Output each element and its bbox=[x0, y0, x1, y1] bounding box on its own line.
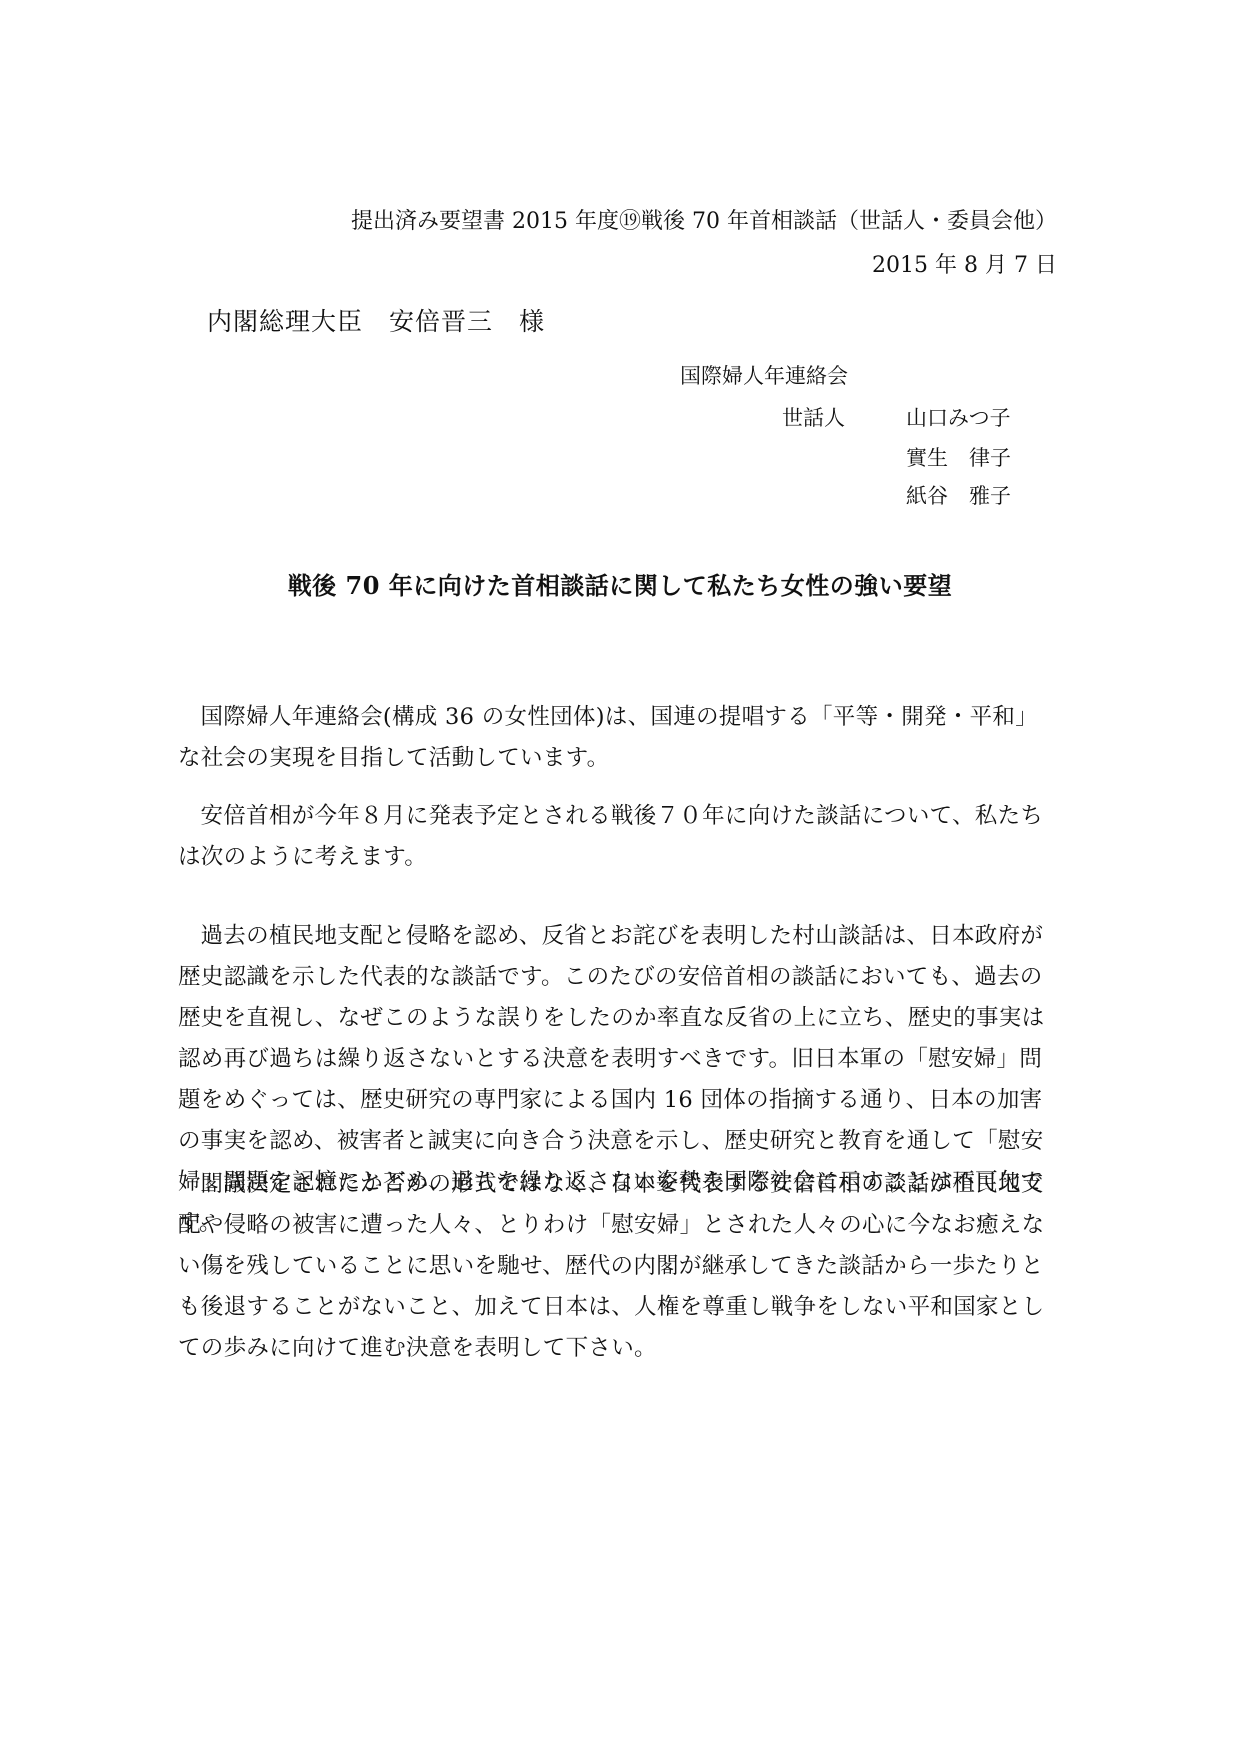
body-paragraph: 安倍首相が今年８月に発表予定とされる戦後７０年に向けた談話について、私たちは次の… bbox=[178, 796, 1058, 878]
paragraph-text: 国際婦人年連絡会(構成 36 の女性団体)は、国連の提唱する「平等・開発・平和」… bbox=[178, 697, 1058, 779]
reference-line: 提出済み要望書 2015 年度⑲戦後 70 年首相談話（世話人・委員会他） bbox=[351, 204, 1057, 235]
paragraph-text: 安倍首相が今年８月に発表予定とされる戦後７０年に向けた談話について、私たちは次の… bbox=[178, 796, 1058, 878]
body-paragraph: 閣議決定されたか否かの形式ではなく、日本を代表する安倍首相の談話が植民地支配や侵… bbox=[178, 1164, 1058, 1369]
sender-role-label: 世話人 bbox=[782, 402, 845, 432]
body-paragraph: 国際婦人年連絡会(構成 36 の女性団体)は、国連の提唱する「平等・開発・平和」… bbox=[178, 697, 1058, 779]
sender-name: 紙谷 雅子 bbox=[906, 480, 1011, 510]
sender-name: 山口みつ子 bbox=[906, 402, 1011, 432]
sender-organization: 国際婦人年連絡会 bbox=[680, 360, 848, 390]
document-date: 2015 年 8 月 7 日 bbox=[872, 248, 1057, 279]
addressee: 内閣総理大臣 安倍晋三 様 bbox=[207, 302, 545, 338]
paragraph-text: 閣議決定されたか否かの形式ではなく、日本を代表する安倍首相の談話が植民地支配や侵… bbox=[178, 1164, 1058, 1369]
sender-name: 實生 律子 bbox=[906, 442, 1011, 472]
document-title: 戦後 70 年に向けた首相談話に関して私たち女性の強い要望 bbox=[0, 566, 1240, 601]
